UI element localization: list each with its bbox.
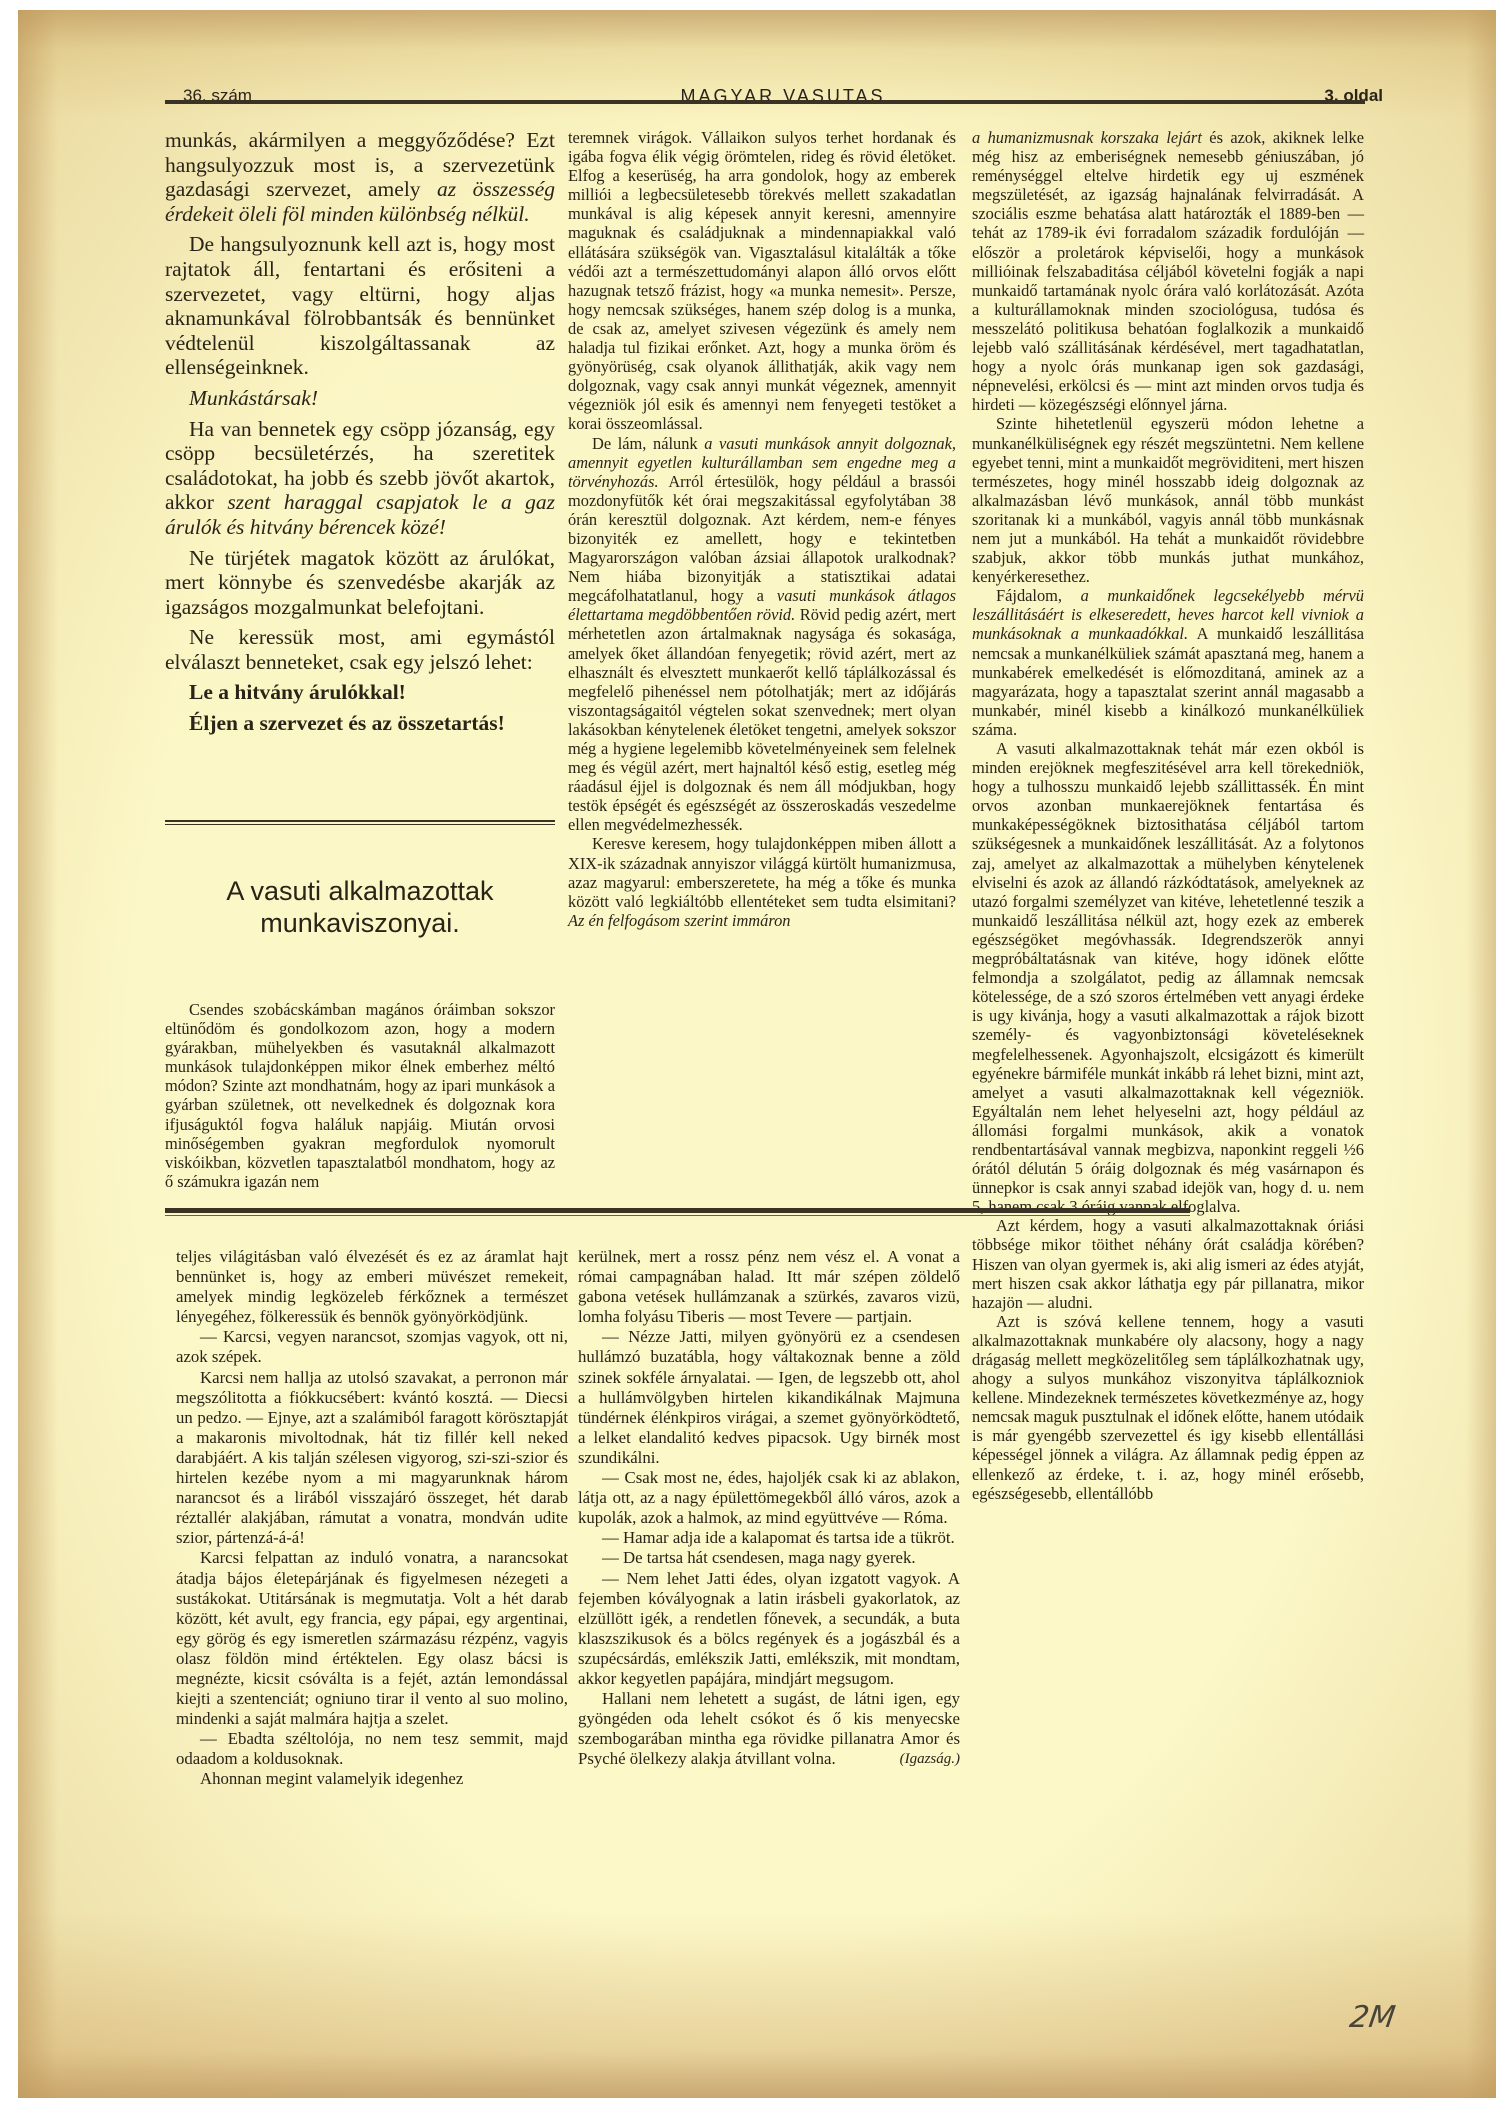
paragraph: Munkástársak! bbox=[165, 386, 555, 411]
paragraph: — Karcsi, vegyen narancsot, szomjas vagy… bbox=[176, 1327, 568, 1367]
paragraph: — Hamar adja ide a kalapomat és tartsa i… bbox=[578, 1528, 960, 1548]
page-header: 36. szám MAGYAR VASUTAS 3. oldal bbox=[183, 86, 1383, 112]
paragraph: Keresve keresem, hogy tulajdonképpen mib… bbox=[568, 834, 956, 929]
paragraph: — Csak most ne, édes, hajoljék csak ki a… bbox=[578, 1468, 960, 1528]
article-column-3: a humanizmusnak korszaka lejárt és azok,… bbox=[972, 128, 1364, 1503]
paragraph: Éljen a szervezet és az összetartás! bbox=[165, 711, 555, 736]
paragraph: — De tartsa hát csendesen, maga nagy gye… bbox=[578, 1548, 960, 1568]
paragraph: Ne türjétek magatok között az árulókat, … bbox=[165, 546, 555, 620]
paragraph: Ne keressük most, ami egymástól elválasz… bbox=[165, 625, 555, 674]
feuilleton-column-1: teljes világitásban való élvezését és ez… bbox=[176, 1247, 568, 1790]
feuilleton-separator-thin bbox=[165, 1215, 1190, 1216]
paragraph: De hangsulyoznunk kell azt is, hogy most… bbox=[165, 232, 555, 380]
paragraph: Azt is szóvá kellene tennem, hogy a vasu… bbox=[972, 1312, 1364, 1503]
paragraph: Karcsi felpattan az induló vonatra, a na… bbox=[176, 1548, 568, 1729]
paragraph: Hallani nem lehetett a sugást, de látni … bbox=[578, 1689, 960, 1769]
paragraph: A vasuti alkalmazottaknak tehát már ezen… bbox=[972, 739, 1364, 1216]
paragraph: Csendes szobácskámban magános óráimban s… bbox=[165, 1000, 555, 1191]
paragraph: munkás, akármilyen a meggyőződése? Ezt h… bbox=[165, 128, 555, 226]
feuilleton-separator bbox=[165, 1208, 1190, 1213]
paragraph: Le a hitvány árulókkal! bbox=[165, 680, 555, 705]
paragraph: — Nem lehet Jatti édes, olyan izgatott v… bbox=[578, 1569, 960, 1690]
article-column-1: Csendes szobácskámban magános óráimban s… bbox=[165, 1000, 555, 1191]
paragraph: kerülnek, mert a rossz pénz nem vész el.… bbox=[578, 1247, 960, 1327]
column-1-top: munkás, akármilyen a meggyőződése? Ezt h… bbox=[165, 128, 555, 736]
article-divider-thin bbox=[165, 824, 555, 825]
paragraph: teremnek virágok. Vállaikon sulyos terhe… bbox=[568, 128, 956, 434]
article-column-2: teremnek virágok. Vállaikon sulyos terhe… bbox=[568, 128, 956, 930]
paragraph: — Ebadta széltolója, no nem tesz semmit,… bbox=[176, 1729, 568, 1769]
header-rule bbox=[165, 100, 1365, 104]
paragraph: — Nézze Jatti, milyen gyönyörü ez a csen… bbox=[578, 1327, 960, 1468]
paragraph: Azt kérdem, hogy a vasuti alkalmazottakn… bbox=[972, 1216, 1364, 1311]
handwritten-mark: 2M bbox=[1348, 2000, 1398, 2035]
paragraph: teljes világitásban való élvezését és ez… bbox=[176, 1247, 568, 1327]
feuilleton-column-2: kerülnek, mert a rossz pénz nem vész el.… bbox=[578, 1247, 960, 1769]
paragraph: Ahonnan megint valamelyik idegenhez bbox=[176, 1769, 568, 1789]
paragraph: Fájdalom, a munkaidőnek legcsekélyebb mé… bbox=[972, 586, 1364, 739]
paragraph: Ha van bennetek egy csöpp józanság, egy … bbox=[165, 417, 555, 540]
paragraph: De lám, nálunk a vasuti munkások annyit … bbox=[568, 434, 956, 835]
article-title: A vasuti alkalmazottak munkaviszonyai. bbox=[165, 875, 555, 939]
article-divider bbox=[165, 820, 555, 822]
paragraph: Szinte hihetetlenül egyszerü módon lehet… bbox=[972, 414, 1364, 586]
source-attribution: (Igazság.) bbox=[876, 1749, 960, 1769]
paragraph: Karcsi nem hallja az utolsó szavakat, a … bbox=[176, 1368, 568, 1549]
paragraph: a humanizmusnak korszaka lejárt és azok,… bbox=[972, 128, 1364, 414]
